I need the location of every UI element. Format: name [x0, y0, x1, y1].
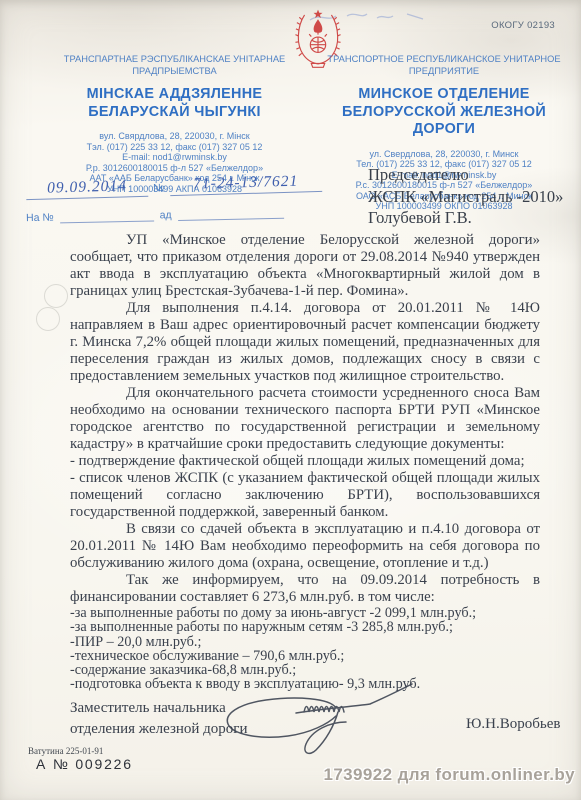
org-name-ru: МИНСКОЕ ОТДЕЛЕНИЕ БЕЛОРУССКОЙ ЖЕЛЕЗНОЙ Д…: [318, 86, 570, 139]
cost-list: -за выполненные работы по дому за июнь-а…: [70, 606, 540, 692]
okogu-code: ОКОГУ 02193: [491, 20, 555, 31]
reply-number-label: На №: [26, 212, 54, 225]
scanned-letter-document: ОКОГУ 02193 ТРАНСПАРТНАЕ РЭСПУБЛІКАНСКАЕ…: [0, 0, 581, 800]
number-sign-label: №: [153, 182, 165, 194]
reply-from-label: ад: [160, 209, 172, 221]
letter-body: УП «Минское отделение Белорусской железн…: [70, 232, 540, 692]
org-name-by: МІНСКАЕ АДДЗЯЛЕННЕ БЕЛАРУСКАЙ ЧЫГУНКІ: [52, 86, 297, 121]
executor-contact: Ватутина 225-01-91: [28, 746, 103, 756]
paragraph: Для окончательного расчета стоимости уср…: [70, 385, 540, 453]
addressee-line: Председателю: [368, 164, 578, 186]
form-number: А № 009226: [36, 756, 133, 772]
paragraph: Так же информируем, что на 09.09.2014 по…: [70, 572, 540, 606]
address-line: ул. Свердлова, 28, 220030, г. Минск: [318, 149, 570, 160]
reply-date-blank: [177, 205, 283, 221]
signatory-name: Ю.Н.Воробьев: [466, 716, 560, 733]
signature-stroke: [218, 682, 418, 760]
address-line: Тэл. (017) 225 33 12, факс (017) 327 05 …: [52, 142, 297, 153]
punch-hole-mark: [44, 284, 68, 308]
addressee-block: Председателю ЖСПК «Магистраль -2010» Гол…: [368, 164, 578, 229]
cost-item: -ПИР – 20,0 млн.руб.;: [70, 635, 540, 649]
forum-watermark: 1739922 для forum.onliner.by: [323, 765, 575, 785]
org-type-ru: ТРАНСПОРТНОЕ РЕСПУБЛИКАНСКОЕ УНИТАРНОЕ П…: [318, 53, 570, 77]
addressee-line: Голубевой Г.В.: [368, 207, 578, 229]
document-list-item: - список членов ЖСПК (с указанием фактич…: [70, 470, 540, 521]
reference-block: 09.09.2014 № 71-24-13/7621 На № ад: [26, 176, 326, 221]
paragraph: В связи со сдачей объекта в эксплуатацию…: [70, 521, 540, 572]
cost-item: -содержание заказчика-68,8 млн.руб.;: [70, 663, 540, 677]
handwritten-outgoing-number: 71-24-13/7621: [170, 172, 322, 196]
handwritten-date: 09.09.2014: [26, 177, 149, 200]
address-line: E-mail: nod1@rwminsk.by: [52, 152, 297, 163]
addressee-line: ЖСПК «Магистраль -2010»: [368, 186, 578, 208]
address-line: Р.р. 3012600180015 ф-л 527 «Белжелдор»: [52, 163, 297, 174]
cost-item: -за выполненные работы по наружным сетям…: [70, 620, 540, 634]
address-line: вул. Свярдлова, 28, 220030, г. Мінск: [52, 131, 297, 142]
paragraph: Для выполнения п.4.14. договора от 20.01…: [70, 300, 540, 385]
reply-number-blank: [59, 207, 153, 223]
cost-item: -за выполненные работы по дому за июнь-а…: [70, 606, 540, 620]
cost-item: -техническое обслуживание – 790,6 млн.ру…: [70, 649, 540, 663]
org-type-by: ТРАНСПАРТНАЕ РЭСПУБЛІКАНСКАЕ УНІТАРНАЕ П…: [52, 53, 297, 77]
paragraph: УП «Минское отделение Белорусской железн…: [70, 232, 540, 300]
document-list-item: - подтверждение фактической общей площад…: [70, 453, 540, 470]
punch-hole-mark: [36, 307, 60, 331]
